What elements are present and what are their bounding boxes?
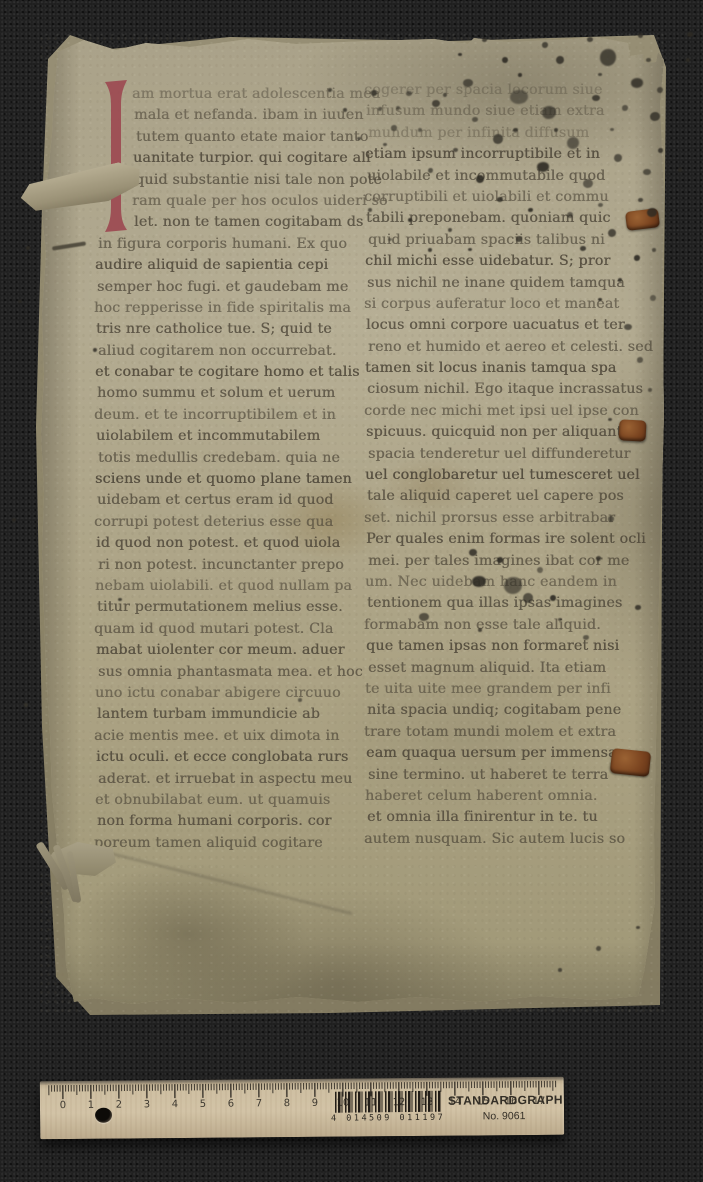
manuscript-line: sus omnia phantasmata mea. et hoc xyxy=(98,664,380,685)
ruler-cm-number: 0 xyxy=(51,1100,75,1111)
manuscript-line: tentionem qua illas ipsas imagines xyxy=(367,595,659,616)
manuscript-line: corrupi potest deterius esse qua xyxy=(94,514,376,535)
manuscript-line: ram quale per hos oculos uideri so xyxy=(94,193,376,214)
manuscript-line: hoc repperisse in fide spiritalis ma xyxy=(94,300,376,321)
photo-stage: am mortua erat adolescentia meamala et n… xyxy=(0,0,703,1182)
ruler-model: No. 9061 xyxy=(448,1110,560,1123)
manuscript-line: nebam uiolabili. et quod nullam pa xyxy=(95,578,377,599)
ruler-cm-number: 8 xyxy=(275,1098,299,1109)
ruler-cm-number: 6 xyxy=(219,1099,243,1110)
manuscript-line: let. non te tamen cogitabam ds xyxy=(96,214,378,235)
manuscript-line: uiolabile et incommutabile quod xyxy=(367,168,659,189)
ruler-barcode: 4 014509 011197 xyxy=(329,1091,447,1126)
ink-spot xyxy=(12,518,16,522)
manuscript-line: uiolabilem et incommutabilem xyxy=(96,428,378,449)
manuscript-line: set. nichil prorsus esse arbitrabar xyxy=(364,510,656,531)
manuscript-line: etiam ipsum incorruptibile et in xyxy=(365,146,657,167)
text-column-right: cogerer per spacia locorum siueinfusum m… xyxy=(366,82,658,852)
manuscript-line: trare totam mundi molem et extra xyxy=(364,724,656,745)
ink-spot xyxy=(687,32,693,37)
manuscript-line: tabili preponebam. quoniam quic xyxy=(366,210,658,231)
manuscript-line: am mortua erat adolescentia mea xyxy=(94,86,376,107)
text-column-left: am mortua erat adolescentia meamala et n… xyxy=(96,86,378,856)
ink-spot xyxy=(26,246,30,250)
ink-spot xyxy=(686,58,690,62)
manuscript-line: aderat. et irruebat in aspectu meu xyxy=(98,771,380,792)
manuscript-line: infusum mundo siue etiam extra xyxy=(366,103,658,124)
manuscript-line: tale aliquid caperet uel capere pos xyxy=(367,488,659,509)
manuscript-line: et conabar te cogitare homo et talis xyxy=(95,364,377,385)
manuscript-line: ciosum nichil. Ego itaque incrassatus xyxy=(367,381,659,402)
manuscript-line: chil michi esse uidebatur. S; pror xyxy=(365,253,657,274)
manuscript-line: sciens unde et quomo plane tamen xyxy=(95,471,377,492)
manuscript-line: Per quales enim formas ire solent ocli xyxy=(366,531,658,552)
manuscript-line: uno ictu conabar abigere circuuo xyxy=(95,685,377,706)
manuscript-line: corruptibili et uiolabili et commu xyxy=(364,189,656,210)
ruler-hole xyxy=(95,1108,112,1123)
manuscript-line: ictu oculi. et ecce conglobata rurs xyxy=(96,749,378,770)
manuscript-line: tamen sit locus inanis tamqua spa xyxy=(365,360,657,381)
manuscript-line: semper hoc fugi. et gaudebam me xyxy=(97,279,379,300)
manuscript-line: poreum tamen aliquid cogitare xyxy=(94,835,376,856)
ruler-cm-number: 2 xyxy=(107,1099,131,1110)
leather-tie xyxy=(610,748,651,777)
manuscript-line: et obnubilabat eum. ut quamuis xyxy=(95,792,377,813)
barcode-bars xyxy=(335,1091,441,1113)
manuscript-line: mala et nefanda. ibam in iuuen xyxy=(96,107,378,128)
ruler-cm-number: 7 xyxy=(247,1098,271,1109)
manuscript-line: aliud cogitarem non occurrebat. xyxy=(98,343,380,364)
ruler-brand: STANDARDGRAPH xyxy=(448,1093,560,1108)
manuscript-line: sus nichil ne inane quidem tamqua xyxy=(367,275,659,296)
manuscript-line: uidebam et certus eram id quod xyxy=(97,492,379,513)
ink-spot xyxy=(24,703,28,707)
manuscript-line: et omnia illa finirentur in te. tu xyxy=(367,809,659,830)
manuscript-line: in figura corporis humani. Ex quo xyxy=(98,236,380,257)
manuscript-line: uanitate turpior. qui cogitare ali xyxy=(95,150,377,171)
manuscript-line: audire aliquid de sapientia cepi xyxy=(95,257,377,278)
frayed-parchment-tab xyxy=(18,840,128,935)
manuscript-line: haberet celum haberent omnia. xyxy=(365,788,657,809)
manuscript-line: um. Nec uidebam hanc eandem in xyxy=(365,574,657,595)
ink-spot xyxy=(678,168,682,172)
manuscript-line: esset magnum aliquid. Ita etiam xyxy=(368,660,660,681)
manuscript-line: formabam non esse tale aliquid. xyxy=(364,617,656,638)
manuscript-line: nita spacia undiq; cogitabam pene xyxy=(367,702,659,723)
manuscript-line: spicuus. quicquid non per aliquanta xyxy=(366,424,658,445)
manuscript-line: id quod non potest. et quod uiola xyxy=(96,535,378,556)
manuscript-line: acie mentis mee. et uix dimota in xyxy=(94,728,376,749)
manuscript-line: tris nre catholice tue. S; quid te xyxy=(96,321,378,342)
leather-tie xyxy=(618,419,646,441)
manuscript-line: mabat uiolenter cor meum. aduer xyxy=(96,642,378,663)
manuscript-line: totis medullis credebam. quia ne xyxy=(98,450,380,471)
manuscript-line: si corpus auferatur loco et maneat xyxy=(364,296,656,317)
manuscript-line: quid priuabam spaciis talibus ni xyxy=(368,232,660,253)
manuscript-line: autem nusquam. Sic autem lucis so xyxy=(364,831,656,852)
ruler-cm-number: 5 xyxy=(191,1099,215,1110)
manuscript-line: reno et humido et aereo et celesti. sed xyxy=(368,339,660,360)
manuscript-line: titur permutationem melius esse. xyxy=(97,599,379,620)
ruler-brand-block: STANDARDGRAPH No. 9061 xyxy=(448,1093,560,1123)
manuscript-line: spacia tenderetur uel diffunderetur xyxy=(368,446,660,467)
manuscript-line: mundum per infinita diffusum xyxy=(368,125,660,146)
manuscript-line: homo summu et solum et uerum xyxy=(97,385,379,406)
ruler-cm-number: 3 xyxy=(135,1099,159,1110)
manuscript-line: uel conglobaretur uel tumesceret uel xyxy=(365,467,657,488)
red-initial-letter: I xyxy=(102,80,130,232)
ruler-cm-number: 9 xyxy=(303,1098,327,1109)
manuscript-line: ri non potest. incunctanter prepo xyxy=(98,557,380,578)
manuscript-line: que tamen ipsas non formaret nisi xyxy=(366,638,658,659)
barcode-digits: 4 014509 011197 xyxy=(329,1113,447,1124)
manuscript-line: mei. per tales imagines ibat cor me xyxy=(368,553,660,574)
manuscript-line: lantem turbam immundicie ab xyxy=(97,706,379,727)
manuscript-line: non forma humani corporis. cor xyxy=(97,813,379,834)
ruler-cm-number: 4 xyxy=(163,1099,187,1110)
manuscript-line: deum. et te incorruptibilem et in xyxy=(94,407,376,428)
manuscript-line: quam id quod mutari potest. Cla xyxy=(94,621,376,642)
manuscript-line: quid substantie nisi tale non pote xyxy=(97,172,379,193)
manuscript-line: corde nec michi met ipsi uel ipse con xyxy=(364,403,656,424)
manuscript-line: te uita uite mee grandem per infi xyxy=(365,681,657,702)
leather-tie xyxy=(625,208,660,231)
manuscript-line: locus omni corpore uacuatus et ter xyxy=(366,317,658,338)
ruler: 01234567891011121314151617 4 014509 0111… xyxy=(40,1077,564,1140)
manuscript-line: tutem quanto etate maior tanto xyxy=(98,129,380,150)
red-initial-glyph xyxy=(102,80,130,232)
ink-spot xyxy=(18,300,22,303)
manuscript-line: cogerer per spacia locorum siue xyxy=(364,82,656,103)
